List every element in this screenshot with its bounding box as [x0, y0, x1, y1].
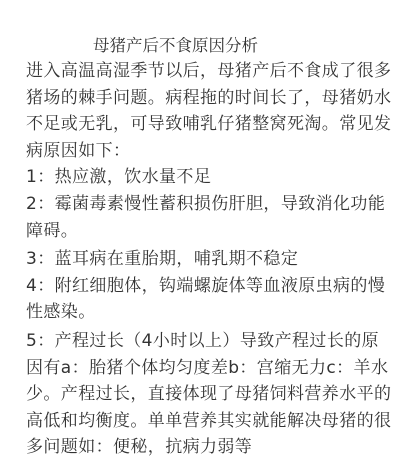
- cause-item-3: 3：蓝耳病在重胎期，哺乳期不稳定: [26, 246, 392, 273]
- article: 母猪产后不食原因分析 进入高温高湿季节以后，母猪产后不食成了很多猪场的棘手问题。…: [26, 34, 392, 461]
- cause-item-4: 4：附红细胞体，钩端螺旋体等血液原虫病的慢性感染。: [26, 273, 392, 326]
- cause-item-5: 5：产程过长（4小时以上）导致产程过长的原因有a：胎猪个体均匀度差b：宫缩无力c…: [26, 328, 392, 461]
- cause-item-1: 1：热应激，饮水量不足: [26, 164, 392, 191]
- article-intro: 进入高温高湿季节以后，母猪产后不食成了很多猪场的棘手问题。病程拖的时间长了，母猪…: [26, 58, 392, 164]
- article-title: 母猪产后不食原因分析: [26, 34, 392, 58]
- cause-item-2: 2：霉菌毒素慢性蓄积损伤肝胆，导致消化功能障碍。: [26, 191, 392, 244]
